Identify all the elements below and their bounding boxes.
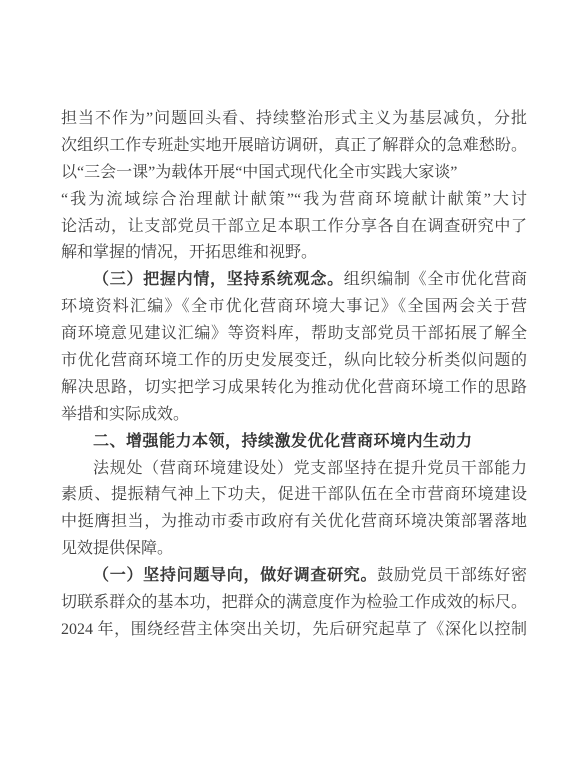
text-line: 商环境意见建议汇编》等资料库，帮助支部党员干部拓展了解全 (61, 321, 527, 348)
line-text: 环境资料汇编》《全市优化营商环境大事记》《全国两会关于营 (61, 298, 527, 315)
text-line: （三）把握内情，坚持系统观念。组织编制《全市优化营商 (61, 267, 527, 294)
text-line: 担当不作为”问题回头看、持续整治形式主义为基层减负，分批 (61, 106, 527, 133)
line-text: “我为流域综合治理献计献策”“我为营商环境献计献策”大讨 (61, 191, 527, 208)
section-heading: 二、增强能力本领，持续激发优化营商环境内生动力 (61, 429, 527, 456)
text-line: 举措和实际成效。 (61, 402, 527, 429)
line-text: 素质、提振精气神上下功夫，促进干部队伍在全市营商环境建设 (61, 486, 527, 503)
line-text: 论活动，让支部党员干部立足本职工作分享各自在调查研究中了 (61, 218, 527, 235)
line-text: 解决思路，切实把学习成果转化为推动优化营商环境工作的思路 (61, 379, 527, 396)
line-text: 次组织工作专班赴实地开展暗访调研，真正了解群众的急难愁盼。 (61, 137, 527, 154)
line-text: 市优化营商环境工作的历史发展变迁，纵向比较分析类似问题的 (61, 352, 527, 369)
line-text: 见效提供保障。 (61, 540, 173, 557)
text-line: 切联系群众的基本功，把群众的满意度作为检验工作成效的标尺。 (61, 590, 527, 617)
line-text: 切联系群众的基本功，把群众的满意度作为检验工作成效的标尺。 (61, 594, 527, 611)
text-line: 环境资料汇编》《全市优化营商环境大事记》《全国两会关于营 (61, 294, 527, 321)
bold-lead-text: （三）把握内情，坚持系统观念。 (93, 271, 344, 288)
text-line: 见效提供保障。 (61, 536, 527, 563)
document-page: 担当不作为”问题回头看、持续整治形式主义为基层减负，分批次组织工作专班赴实地开展… (0, 0, 586, 759)
line-text: 鼓励党员干部练好密 (377, 567, 527, 584)
text-line: 素质、提振精气神上下功夫，促进干部队伍在全市营商环境建设 (61, 482, 527, 509)
document-body: 担当不作为”问题回头看、持续整治形式主义为基层减负，分批次组织工作专班赴实地开展… (61, 106, 527, 644)
line-text: 举措和实际成效。 (61, 406, 189, 423)
text-line: 市优化营商环境工作的历史发展变迁，纵向比较分析类似问题的 (61, 348, 527, 375)
text-line: 中挺膺担当，为推动市委市政府有关优化营商环境决策部署落地 (61, 509, 527, 536)
text-line: 2024 年，围绕经营主体突出关切，先后研究起草了《深化以控制 (61, 617, 527, 644)
text-line: 解决思路，切实把学习成果转化为推动优化营商环境工作的思路 (61, 375, 527, 402)
line-text: 法规处（营商环境建设处）党支部坚持在提升党员干部能力 (93, 460, 527, 477)
line-text: 担当不作为”问题回头看、持续整治形式主义为基层减负，分批 (61, 110, 527, 127)
line-text: 组织编制《全市优化营商 (344, 271, 527, 288)
text-line: 解和掌握的情况，开拓思维和视野。 (61, 240, 527, 267)
text-line: 法规处（营商环境建设处）党支部坚持在提升党员干部能力 (61, 456, 527, 483)
line-text: 二、增强能力本领，持续激发优化营商环境内生动力 (93, 433, 473, 450)
bold-lead-text: （一）坚持问题导向，做好调查研究。 (93, 567, 377, 584)
text-line: （一）坚持问题导向，做好调查研究。鼓励党员干部练好密 (61, 563, 527, 590)
text-line: 次组织工作专班赴实地开展暗访调研，真正了解群众的急难愁盼。 (61, 133, 527, 160)
line-text: 2024 年，围绕经营主体突出关切，先后研究起草了《深化以控制 (61, 621, 527, 638)
text-line: 以“三会一课”为载体开展“中国式现代化全市实践大家谈” (61, 160, 527, 187)
line-text: 解和掌握的情况，开拓思维和视野。 (61, 244, 317, 261)
text-line: “我为流域综合治理献计献策”“我为营商环境献计献策”大讨 (61, 187, 527, 214)
text-line: 论活动，让支部党员干部立足本职工作分享各自在调查研究中了 (61, 214, 527, 241)
line-text: 商环境意见建议汇编》等资料库，帮助支部党员干部拓展了解全 (61, 325, 527, 342)
line-text: 以“三会一课”为载体开展“中国式现代化全市实践大家谈” (61, 164, 457, 181)
line-text: 中挺膺担当，为推动市委市政府有关优化营商环境决策部署落地 (61, 513, 527, 530)
